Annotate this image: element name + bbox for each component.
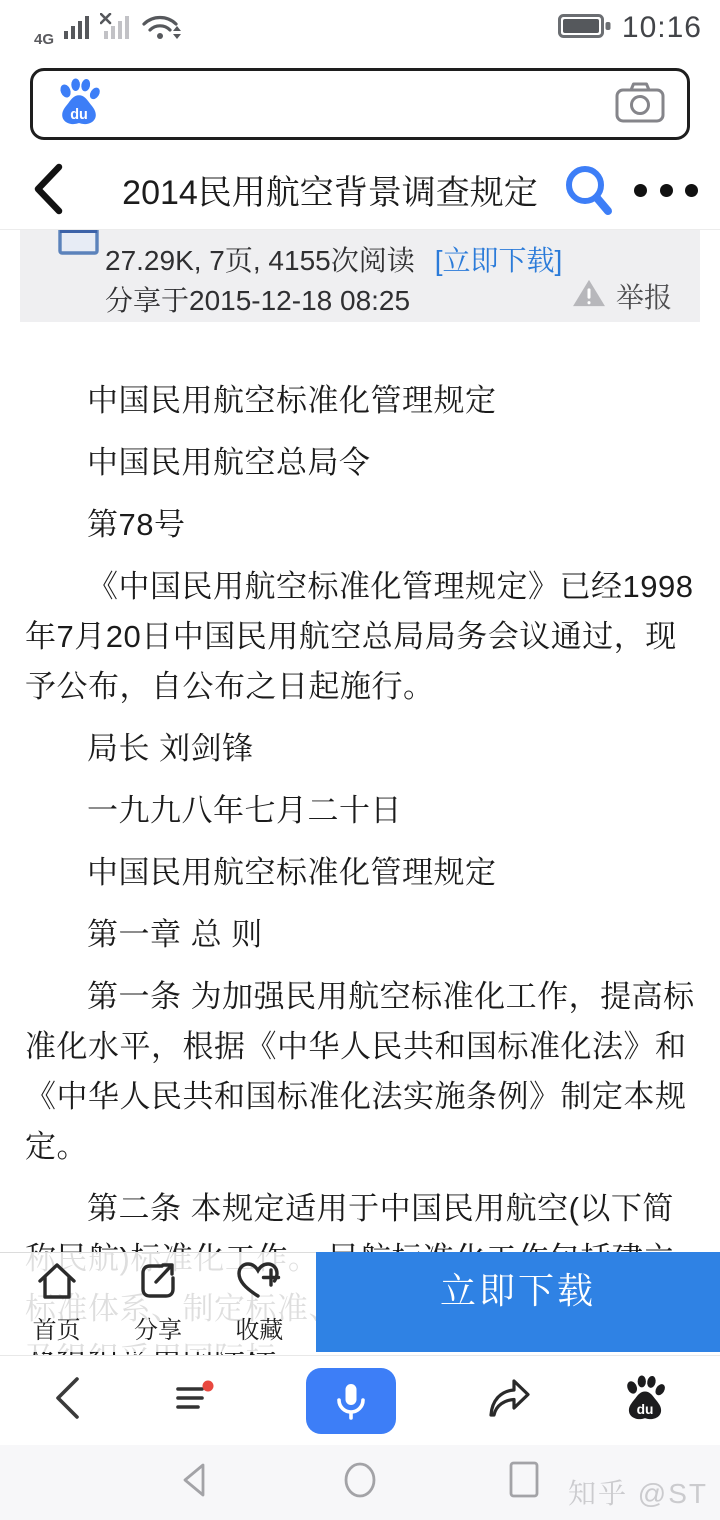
share-external-icon xyxy=(136,1260,180,1307)
home-circle-icon[interactable] xyxy=(339,1459,381,1506)
home-button[interactable]: 首页 xyxy=(14,1260,100,1345)
browser-nav-bar: du xyxy=(0,1355,720,1445)
report-button[interactable]: 举报 xyxy=(572,276,672,316)
warning-triangle-icon xyxy=(572,278,606,315)
recents-square-icon[interactable] xyxy=(503,1459,545,1506)
share-button[interactable]: 分享 xyxy=(115,1260,201,1345)
share-date: 分享于2015-12-18 08:25 xyxy=(105,279,410,319)
action-bar-left: 首页 分享 收藏 xyxy=(0,1252,316,1352)
home-icon xyxy=(35,1260,79,1307)
search-input[interactable]: du xyxy=(30,68,690,140)
microphone-button[interactable] xyxy=(306,1368,396,1434)
signal-no-sim-icon xyxy=(100,13,130,46)
report-label: 举报 xyxy=(616,276,672,316)
document-paragraph: 中国民用航空标准化管理规定 xyxy=(25,848,695,898)
menu-icon[interactable] xyxy=(170,1376,218,1425)
favorite-button[interactable]: 收藏 xyxy=(216,1260,302,1345)
back-chevron-icon[interactable] xyxy=(52,1374,82,1427)
signal-4g-icon xyxy=(64,13,90,46)
home-label: 首页 xyxy=(33,1310,81,1345)
document-paragraph: 中国民用航空标准化管理规定 xyxy=(25,376,695,426)
favorite-label: 收藏 xyxy=(235,1310,283,1345)
status-icons-right: 10:16 xyxy=(558,11,702,46)
search-icon[interactable] xyxy=(562,162,616,218)
clock-time: 10:16 xyxy=(622,11,702,45)
status-icons-left: 4G xyxy=(34,11,184,46)
more-dots-icon[interactable] xyxy=(630,176,702,204)
camera-icon[interactable] xyxy=(615,81,665,128)
network-type-label: 4G xyxy=(34,31,54,48)
status-bar: 4G xyxy=(0,0,720,56)
baidu-paw-icon: du xyxy=(55,78,103,131)
document-paragraph: 《中国民用航空标准化管理规定》已经1998年7月20日中国民用航空总局局务会议通… xyxy=(25,562,695,712)
document-meta: 27.29K, 7页, 4155次阅读 xyxy=(105,239,415,279)
document-paragraph: 第一条 为加强民用航空标准化工作，提高标准化水平，根据《中华人民共和国标准化法》… xyxy=(25,972,695,1172)
download-link[interactable]: [立即下载] xyxy=(435,239,563,279)
bottom-action-bar: 首页 分享 收藏 立即下载 xyxy=(0,1252,720,1352)
document-icon xyxy=(58,230,100,262)
battery-icon xyxy=(558,11,614,46)
search-section: du xyxy=(0,56,720,148)
page-title: 2014民用航空背景调查规定 xyxy=(90,148,570,230)
document-paragraph: 第78号 xyxy=(25,500,695,550)
document-info-panel: 27.29K, 7页, 4155次阅读 [立即下载] 分享于2015-12-18… xyxy=(20,230,700,322)
download-now-button[interactable]: 立即下载 xyxy=(316,1252,720,1352)
document-paragraph: 一九九八年七月二十日 xyxy=(25,786,695,836)
wifi-icon xyxy=(140,11,184,46)
back-icon[interactable] xyxy=(28,162,68,216)
back-triangle-icon[interactable] xyxy=(175,1459,217,1506)
share-label: 分享 xyxy=(134,1310,182,1345)
favorite-heart-plus-icon xyxy=(235,1260,283,1307)
document-paragraph: 第一章 总 则 xyxy=(25,910,695,960)
watermark: 知乎 @ST xyxy=(568,1472,708,1512)
document-paragraph: 局长 刘剑锋 xyxy=(25,724,695,774)
document-paragraph: 中国民用航空总局令 xyxy=(25,438,695,488)
svg-text:du: du xyxy=(637,1402,654,1417)
android-nav-bar: 知乎 @ST xyxy=(0,1445,720,1520)
microphone-icon xyxy=(327,1377,375,1425)
forward-share-icon[interactable] xyxy=(484,1375,534,1426)
baidu-paw-icon[interactable]: du xyxy=(622,1375,668,1426)
title-bar: 2014民用航空背景调查规定 xyxy=(0,148,720,230)
svg-text:du: du xyxy=(70,106,88,122)
